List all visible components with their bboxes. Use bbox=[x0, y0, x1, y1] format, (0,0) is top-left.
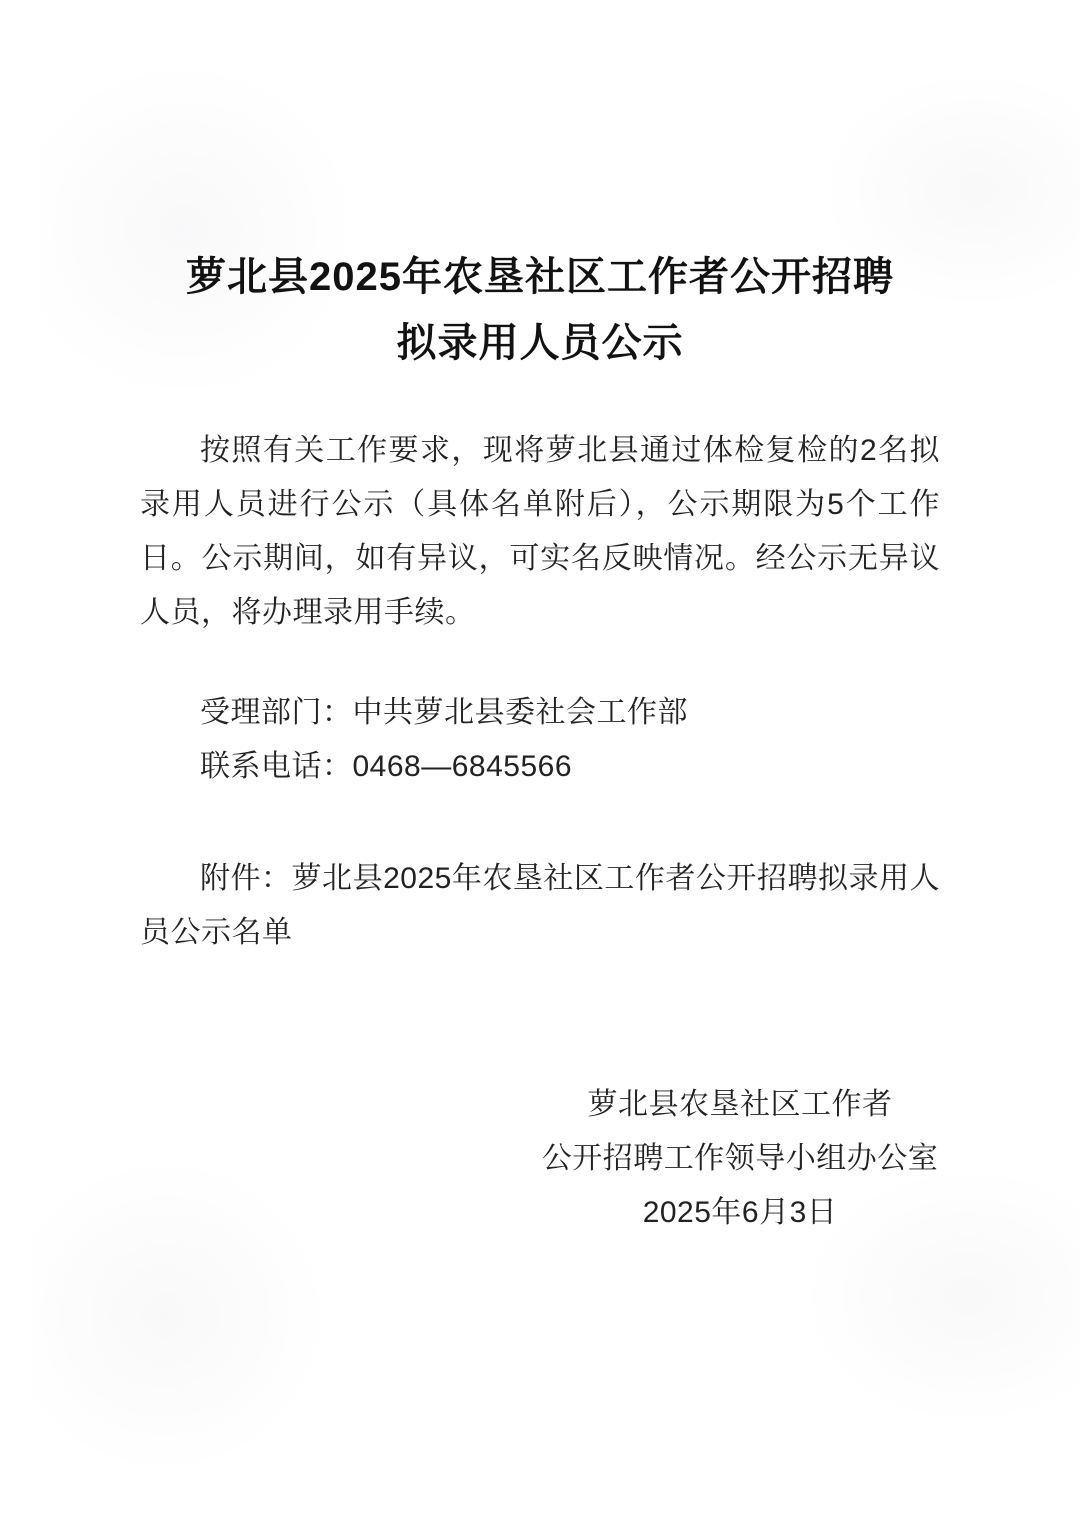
attachment-line: 附件：萝北县2025年农垦社区工作者公开招聘拟录用人员公示名单 bbox=[140, 852, 940, 960]
accepting-department-value: 中共萝北县委社会工作部 bbox=[353, 696, 689, 729]
contact-phone-line: 联系电话：0468—6845566 bbox=[140, 740, 940, 794]
signature-org-line1: 萝北县农垦社区工作者 bbox=[460, 1078, 1020, 1132]
accepting-department-label: 受理部门： bbox=[200, 696, 353, 729]
document-title-line2: 拟录用人员公示 bbox=[140, 310, 940, 376]
accepting-department-line: 受理部门：中共萝北县委社会工作部 bbox=[140, 686, 940, 740]
contact-phone-value: 0468—6845566 bbox=[353, 750, 573, 783]
contact-block: 受理部门：中共萝北县委社会工作部 联系电话：0468—6845566 bbox=[140, 686, 940, 794]
document-title: 萝北县2025年农垦社区工作者公开招聘 拟录用人员公示 bbox=[140, 0, 940, 376]
announcement-paragraph: 按照有关工作要求，现将萝北县通过体检复检的2名拟录用人员进行公示（具体名单附后）… bbox=[140, 424, 940, 640]
document-content: 萝北县2025年农垦社区工作者公开招聘 拟录用人员公示 按照有关工作要求，现将萝… bbox=[140, 0, 940, 1240]
signature-org-line2: 公开招聘工作领导小组办公室 bbox=[460, 1132, 1020, 1186]
contact-phone-label: 联系电话： bbox=[200, 750, 353, 783]
signature-date: 2025年6月3日 bbox=[460, 1186, 1020, 1240]
signature-block: 萝北县农垦社区工作者 公开招聘工作领导小组办公室 2025年6月3日 bbox=[460, 1078, 1020, 1240]
document-title-line1: 萝北县2025年农垦社区工作者公开招聘 bbox=[140, 244, 940, 310]
document-page: 萝北县2025年农垦社区工作者公开招聘 拟录用人员公示 按照有关工作要求，现将萝… bbox=[0, 0, 1080, 1516]
attachment-label: 附件： bbox=[200, 862, 292, 895]
